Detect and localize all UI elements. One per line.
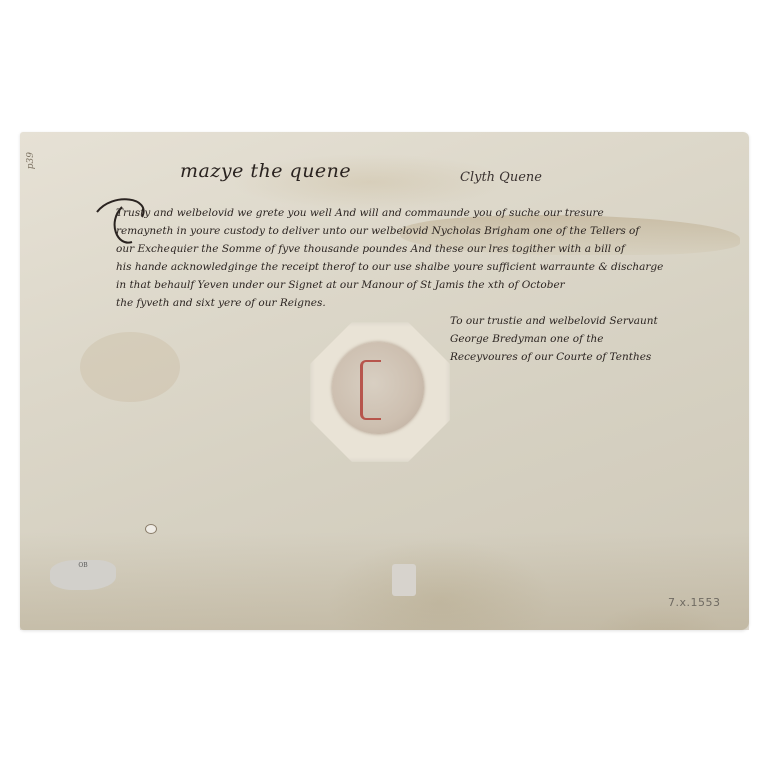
- parchment-hole: [145, 524, 157, 534]
- heading-sign-manual: Clyth Quene: [460, 170, 542, 185]
- body-line: our Exchequier the Somme of fyve thousan…: [116, 240, 746, 258]
- parchment-document: p39 mazye the quene Clyth Quene Trusty a…: [20, 132, 749, 630]
- address-line: Receyvoures of our Courte of Tenthes: [450, 348, 750, 366]
- body-line: his hande acknowledginge the receipt the…: [116, 258, 746, 276]
- small-sticker: [392, 564, 416, 596]
- wax-seal: [332, 342, 424, 434]
- water-stain-bottom: [20, 532, 749, 630]
- label-sticker: OB: [50, 560, 116, 590]
- address-line: George Bredyman one of the: [450, 330, 750, 348]
- address-line: To our trustie and welbelovid Servaunt: [450, 312, 750, 330]
- shelfmark: p39: [26, 152, 36, 169]
- pencil-date-mark: 7.x.1553: [668, 596, 721, 609]
- letter-body: Trusty and welbelovid we grete you well …: [116, 204, 746, 312]
- seal-red-mark-icon: [360, 360, 381, 420]
- water-stain-left: [80, 332, 180, 402]
- body-line: Trusty and welbelovid we grete you well …: [116, 204, 746, 222]
- address-block: To our trustie and welbelovid Servaunt G…: [450, 312, 750, 366]
- heading-signature: mazye the quene: [180, 160, 351, 182]
- body-line: the fyveth and sixt yere of our Reignes.: [116, 294, 746, 312]
- body-line: in that behaulf Yeven under our Signet a…: [116, 276, 746, 294]
- body-line: remayneth in youre custody to deliver un…: [116, 222, 746, 240]
